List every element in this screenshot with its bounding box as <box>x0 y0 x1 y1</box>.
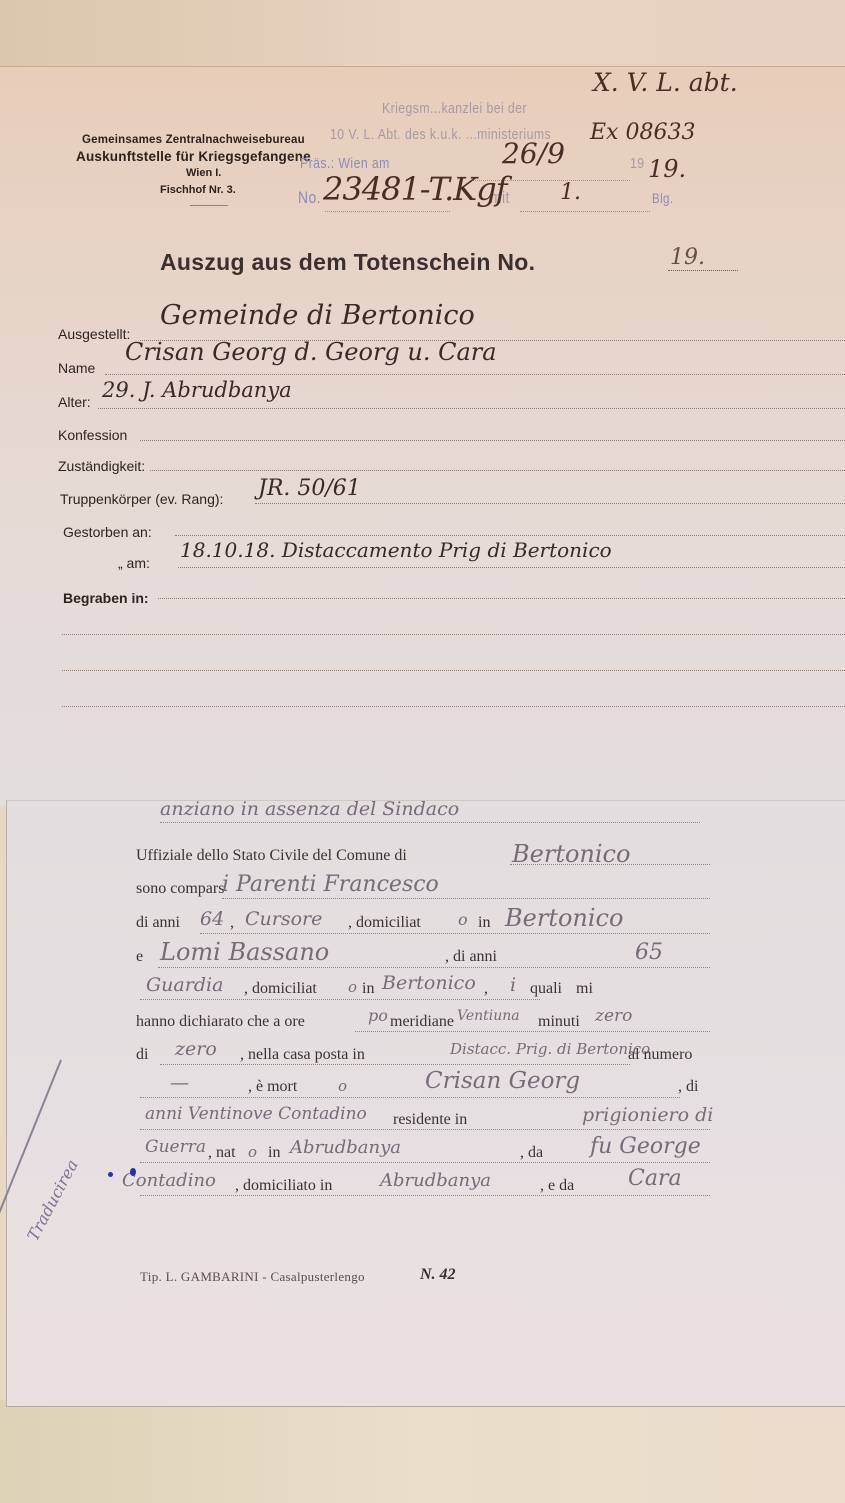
hand-witness-1: i Parenti Francesco <box>222 872 439 897</box>
header-line-3: Wien I. <box>186 167 221 179</box>
annotation-top-right: X. V. L. abt. <box>593 68 738 97</box>
text-line-4a: e <box>136 948 143 966</box>
annotation-year: 19. <box>648 155 686 183</box>
stamp-line-1: Kriegsm...kanzlei bei der <box>382 100 527 117</box>
dotted-line <box>158 598 845 599</box>
field-label-alter: Alter: <box>58 394 91 410</box>
hand-gender-1: o <box>458 910 468 929</box>
text-line-11a: , domiciliato in <box>235 1177 332 1195</box>
text-line-8b: , di <box>678 1078 698 1096</box>
background-bottom <box>0 1400 845 1503</box>
hand-line-0: anziano in assenza del Sindaco <box>160 798 459 820</box>
background-top <box>0 0 845 70</box>
field-value-truppenkoerper: JR. 50/61 <box>258 476 361 501</box>
header-line-2: Auskunftstelle für Kriegsgefangene <box>76 149 311 164</box>
form-number: N. 42 <box>420 1266 456 1284</box>
text-line-5c: , <box>484 980 488 998</box>
hand-domicile-2: Bertonico <box>382 972 476 994</box>
dotted-line <box>62 634 845 635</box>
dotted-line <box>178 567 845 568</box>
field-value-gestorben-am: 18.10.18. Distaccamento Prig di Bertonic… <box>180 538 612 562</box>
ink-blot <box>130 1168 136 1176</box>
stamp-no-label: No. <box>298 188 321 208</box>
text-line-7b: , nella casa posta in <box>240 1046 365 1064</box>
hand-deceased-name: Crisan Georg <box>425 1068 580 1094</box>
hand-age-profession: anni Ventinove Contadino <box>145 1104 367 1124</box>
hand-minutes: zero <box>595 1006 632 1026</box>
text-line-6b: meridiane <box>390 1013 454 1031</box>
dotted-line <box>140 1195 710 1196</box>
hand-place-of-death: Distacc. Prig. di Bertonico <box>450 1040 650 1058</box>
field-label-begraben: Begraben in: <box>63 590 149 606</box>
dotted-line <box>255 503 845 504</box>
dotted-line <box>150 470 845 471</box>
hand-residence-2: Guerra <box>145 1137 206 1157</box>
text-line-7a: di <box>136 1046 148 1064</box>
dotted-line <box>160 1064 630 1065</box>
field-label-ausgestellt: Ausgestellt: <box>58 326 130 342</box>
annotation-date: 26/9 <box>502 137 565 170</box>
field-value-alter: 29. J. Abrudbanya <box>102 378 292 402</box>
hand-father-profession: Contadino <box>122 1170 216 1191</box>
hand-time-period: po <box>368 1006 388 1025</box>
text-line-5a: , domiciliat <box>244 980 317 998</box>
text-line-3b: , <box>230 914 234 932</box>
field-label-name: Name <box>58 360 95 376</box>
dotted-line <box>105 374 845 375</box>
hand-father-domicile: Abrudbanya <box>380 1170 491 1191</box>
text-line-9a: residente in <box>393 1111 467 1129</box>
text-line-11b: , e da <box>540 1177 574 1195</box>
hand-birthplace: Abrudbanya <box>290 1137 401 1158</box>
annotation-file-number: 23481-T.Kgf <box>323 170 507 208</box>
stamp-beil-label: Blg. <box>652 190 673 206</box>
dotted-line <box>62 670 845 671</box>
hand-gender-4: o <box>248 1143 257 1161</box>
hand-house-number: — <box>170 1072 189 1094</box>
text-line-3d: in <box>478 914 490 932</box>
field-label-truppenkoerper: Truppenkörper (ev. Rang): <box>60 491 223 507</box>
text-line-6c: minuti <box>538 1013 580 1031</box>
dotted-line <box>140 1129 710 1130</box>
text-line-5d: quali mi <box>530 980 593 998</box>
page-title: Auszug aus dem Totenschein No. <box>160 249 535 276</box>
text-line-7c: al numero <box>628 1046 692 1064</box>
field-label-gestorben-an: Gestorben an: <box>63 524 152 540</box>
dotted-line <box>158 967 710 968</box>
header-line-1: Gemeinsames Zentralnachweisebureau <box>82 134 305 146</box>
ink-blot <box>108 1172 113 1177</box>
dotted-line <box>175 535 845 536</box>
hand-age-2: 65 <box>635 940 663 965</box>
dotted-line <box>140 1162 710 1163</box>
field-label-gestorben-am: „ am: <box>118 555 150 571</box>
text-line-8a: , è mort <box>248 1078 297 1096</box>
annotation-ref-number: Ex 08633 <box>590 120 695 145</box>
hand-gender-3: o <box>338 1077 347 1095</box>
text-line-3c: , domiciliat <box>348 914 421 932</box>
dotted-line <box>140 440 845 441</box>
annotation-attachments: 1. <box>560 180 581 205</box>
dotted-line <box>160 822 700 823</box>
field-label-konfession: Konfession <box>58 427 127 443</box>
field-value-name: Crisan Georg d. Georg u. Cara <box>125 338 497 366</box>
dotted-line <box>222 898 710 899</box>
header-line-4: Fischhof Nr. 3. <box>160 184 236 196</box>
text-line-2: sono compars <box>136 880 224 898</box>
hand-father: fu George <box>590 1134 701 1159</box>
hand-pronoun: i <box>510 974 516 996</box>
printer-imprint: Tip. L. GAMBARINI - Casalpusterlengo <box>140 1269 365 1285</box>
dotted-line <box>668 270 738 271</box>
hand-mother: Cara <box>628 1166 682 1191</box>
field-label-zustaendigkeit: Zuständigkeit: <box>58 458 145 474</box>
text-line-10c: , da <box>520 1144 543 1162</box>
hand-hour: Ventiuna <box>457 1008 520 1024</box>
text-line-6a: hanno dichiarato che a ore <box>136 1013 305 1031</box>
dotted-line <box>200 933 710 934</box>
field-value-ausgestellt: Gemeinde di Bertonico <box>160 300 475 331</box>
hand-domicile-1: Bertonico <box>505 904 623 932</box>
text-line-5b: in <box>362 980 374 998</box>
hand-profession-2: Guardia <box>146 974 223 996</box>
hand-residence: prigioniero di <box>582 1104 713 1126</box>
dotted-line <box>510 864 710 865</box>
certificate-number: 19. <box>670 245 705 270</box>
hand-gender-2: o <box>348 978 357 996</box>
text-line-3a: di anni <box>136 914 180 932</box>
hand-minutes-2: zero <box>175 1038 217 1060</box>
header-rule <box>190 205 228 206</box>
hand-profession-1: Cursore <box>245 908 322 930</box>
stamp-year-prefix: 19 <box>630 155 645 172</box>
hand-age-1: 64 <box>200 908 224 930</box>
dotted-line <box>98 408 845 409</box>
text-line-4b: , di anni <box>445 948 497 966</box>
dotted-line <box>355 1031 710 1032</box>
dotted-line <box>325 211 450 212</box>
hand-witness-2: Lomi Bassano <box>160 938 329 966</box>
dotted-line <box>520 211 650 212</box>
dotted-line <box>140 1097 680 1098</box>
text-line-10a: , nat <box>208 1144 236 1162</box>
text-line-10b: in <box>268 1144 280 1162</box>
dotted-line <box>140 999 540 1000</box>
text-line-1: Uffiziale dello Stato Civile del Comune … <box>136 847 407 865</box>
dotted-line <box>62 706 845 707</box>
